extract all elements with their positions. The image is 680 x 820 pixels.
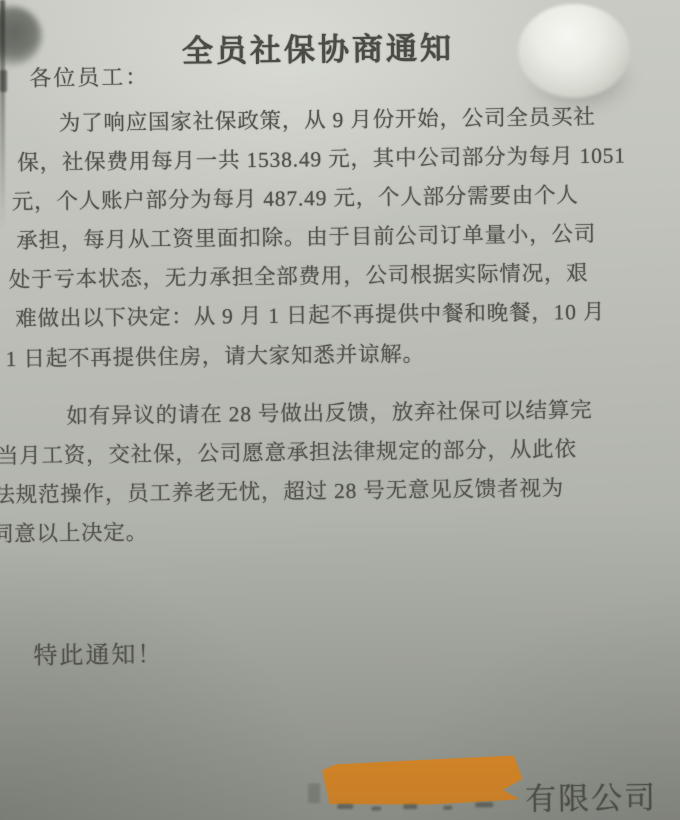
notice-line: 保，社保费用每月一共 1538.49 元，其中公司部分为每月 1051 [17, 138, 626, 176]
covered-character-remnant [403, 804, 417, 809]
notice-line: 元，个人账户部分为每月 487.49 元，个人部分需要由个人 [12, 178, 579, 216]
salutation: 各位员工： [29, 60, 149, 92]
covered-character-remnant [443, 806, 452, 810]
notice-document: 全员社保协商通知 各位员工： 为了响应国家社保政策，从 9 月份开始，公司全员买… [0, 0, 680, 820]
redaction-marker [322, 755, 524, 809]
notice-line: 为了响应国家社保政策，从 9 月份开始，公司全员买社 [59, 100, 596, 138]
covered-character-remnant [371, 807, 381, 811]
covered-character-remnant [308, 783, 320, 803]
notice-line: 同意以上决定。 [0, 515, 148, 548]
notice-line: 难做出以下决定：从 9 月 1 日起不再提供中餐和晚餐，10 月 [15, 295, 605, 333]
notice-line: 1 日起不再提供住房，请大家知悉并谅解。 [6, 337, 425, 373]
covered-character-remnant [337, 804, 353, 809]
notice-photo: 全员社保协商通知 各位员工： 为了响应国家社保政策，从 9 月份开始，公司全员买… [0, 0, 680, 820]
notice-line: 法规范操作，员工养老无忧，超过 28 号无意见反馈者视为 [0, 471, 564, 509]
covered-character-remnant [475, 802, 493, 807]
closing-phrase: 特此通知！ [33, 634, 163, 671]
company-signature: 有限公司 [525, 772, 658, 819]
notice-line: 如有异议的请在 28 号做出反馈，放弃社保可以结算完 [66, 393, 592, 430]
notice-line: 当月工资，交社保，公司愿意承担法律规定的部分，从此依 [0, 432, 577, 470]
notice-title: 全员社保协商通知 [182, 23, 455, 71]
notice-line: 处于亏本状态，无力承担全部费用，公司根据实际情况，艰 [9, 256, 589, 294]
notice-line: 承担，每月从工资里面扣除。由于目前公司订单量小，公司 [16, 217, 596, 255]
